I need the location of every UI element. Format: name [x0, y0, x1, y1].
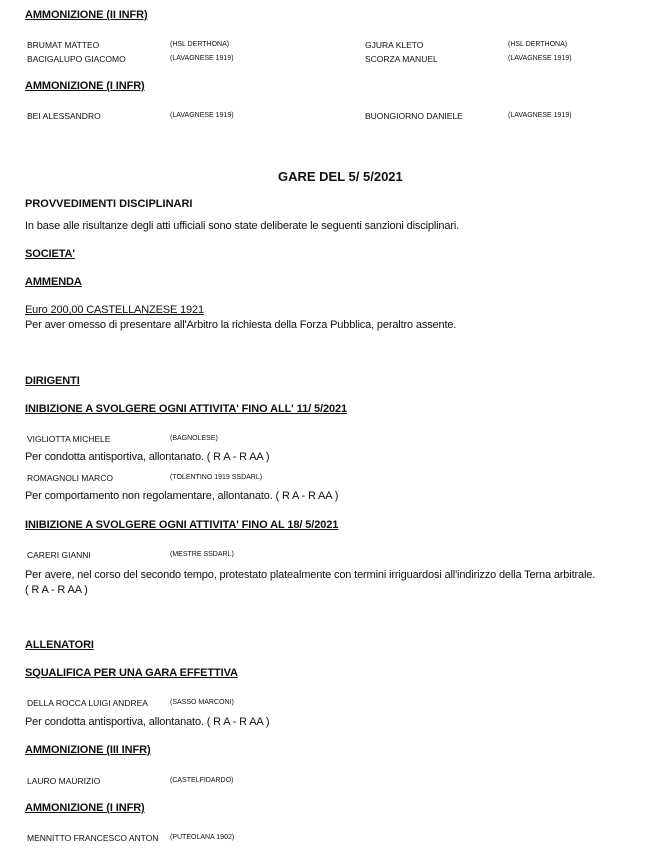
section-heading-provvedimenti: PROVVEDIMENTI DISCIPLINARI — [25, 198, 192, 210]
section-heading-ammonizione-iii: AMMONIZIONE (III INFR) — [25, 744, 151, 756]
team-name: (LAVAGNESE 1919) — [508, 55, 572, 62]
team-name: (MESTRE SSDARL) — [170, 551, 234, 558]
section-heading-ammonizione-ii: AMMONIZIONE (II INFR) — [25, 9, 148, 21]
ammenda-reason: Per aver omesso di presentare all'Arbitr… — [25, 319, 456, 331]
team-name: (CASTELFIDARDO) — [170, 777, 233, 784]
person-name: BACIGALUPO GIACOMO — [27, 54, 126, 64]
sanction-reason: Per condotta antisportiva, allontanato. … — [25, 451, 269, 463]
person-name: ROMAGNOLI MARCO — [27, 473, 113, 483]
team-name: (TOLENTINO 1919 SSDARL) — [170, 474, 262, 481]
person-name: GJURA KLETO — [365, 40, 423, 50]
person-name: MENNITTO FRANCESCO ANTON — [27, 833, 158, 843]
team-name: (LAVAGNESE 1919) — [170, 112, 234, 119]
person-name: SCORZA MANUEL — [365, 54, 438, 64]
intro-text: In base alle risultanze degli atti uffic… — [25, 220, 459, 232]
person-name: BUONGIORNO DANIELE — [365, 111, 463, 121]
section-heading-allenatori: ALLENATORI — [25, 639, 94, 651]
sanction-reason: Per avere, nel corso del secondo tempo, … — [25, 569, 595, 581]
person-name: DELLA ROCCA LUIGI ANDREA — [27, 698, 148, 708]
person-name: CARERI GIANNI — [27, 550, 91, 560]
section-heading-ammenda: AMMENDA — [25, 276, 82, 288]
section-heading-inibizione-11-5: INIBIZIONE A SVOLGERE OGNI ATTIVITA' FIN… — [25, 403, 347, 415]
section-heading-dirigenti: DIRIGENTI — [25, 375, 80, 387]
section-heading-ammonizione-i-allenatori: AMMONIZIONE (I INFR) — [25, 802, 145, 814]
person-name: BEI ALESSANDRO — [27, 111, 101, 121]
sanction-reason-cont: ( R A - R AA ) — [25, 584, 88, 596]
section-heading-ammonizione-i: AMMONIZIONE (I INFR) — [25, 80, 145, 92]
team-name: (BAGNOLESE) — [170, 435, 218, 442]
team-name: (HSL DERTHONA) — [508, 41, 567, 48]
team-name: (HSL DERTHONA) — [170, 41, 229, 48]
team-name: (PUTEOLANA 1902) — [170, 834, 234, 841]
person-name: VIGLIOTTA MICHELE — [27, 434, 110, 444]
person-name: LAURO MAURIZIO — [27, 776, 100, 786]
person-name: BRUMAT MATTEO — [27, 40, 99, 50]
team-name: (LAVAGNESE 1919) — [508, 112, 572, 119]
sanction-reason: Per condotta antisportiva, allontanato. … — [25, 716, 269, 728]
page-title: GARE DEL 5/ 5/2021 — [278, 169, 403, 184]
team-name: (SASSO MARCONI) — [170, 699, 234, 706]
section-heading-societa: SOCIETA' — [25, 248, 75, 260]
sanction-reason: Per comportamento non regolamentare, all… — [25, 490, 338, 502]
ammenda-entry: Euro 200,00 CASTELLANZESE 1921 — [25, 304, 204, 316]
team-name: (LAVAGNESE 1919) — [170, 55, 234, 62]
section-heading-inibizione-18-5: INIBIZIONE A SVOLGERE OGNI ATTIVITA' FIN… — [25, 519, 338, 531]
section-heading-squalifica: SQUALIFICA PER UNA GARA EFFETTIVA — [25, 667, 238, 679]
